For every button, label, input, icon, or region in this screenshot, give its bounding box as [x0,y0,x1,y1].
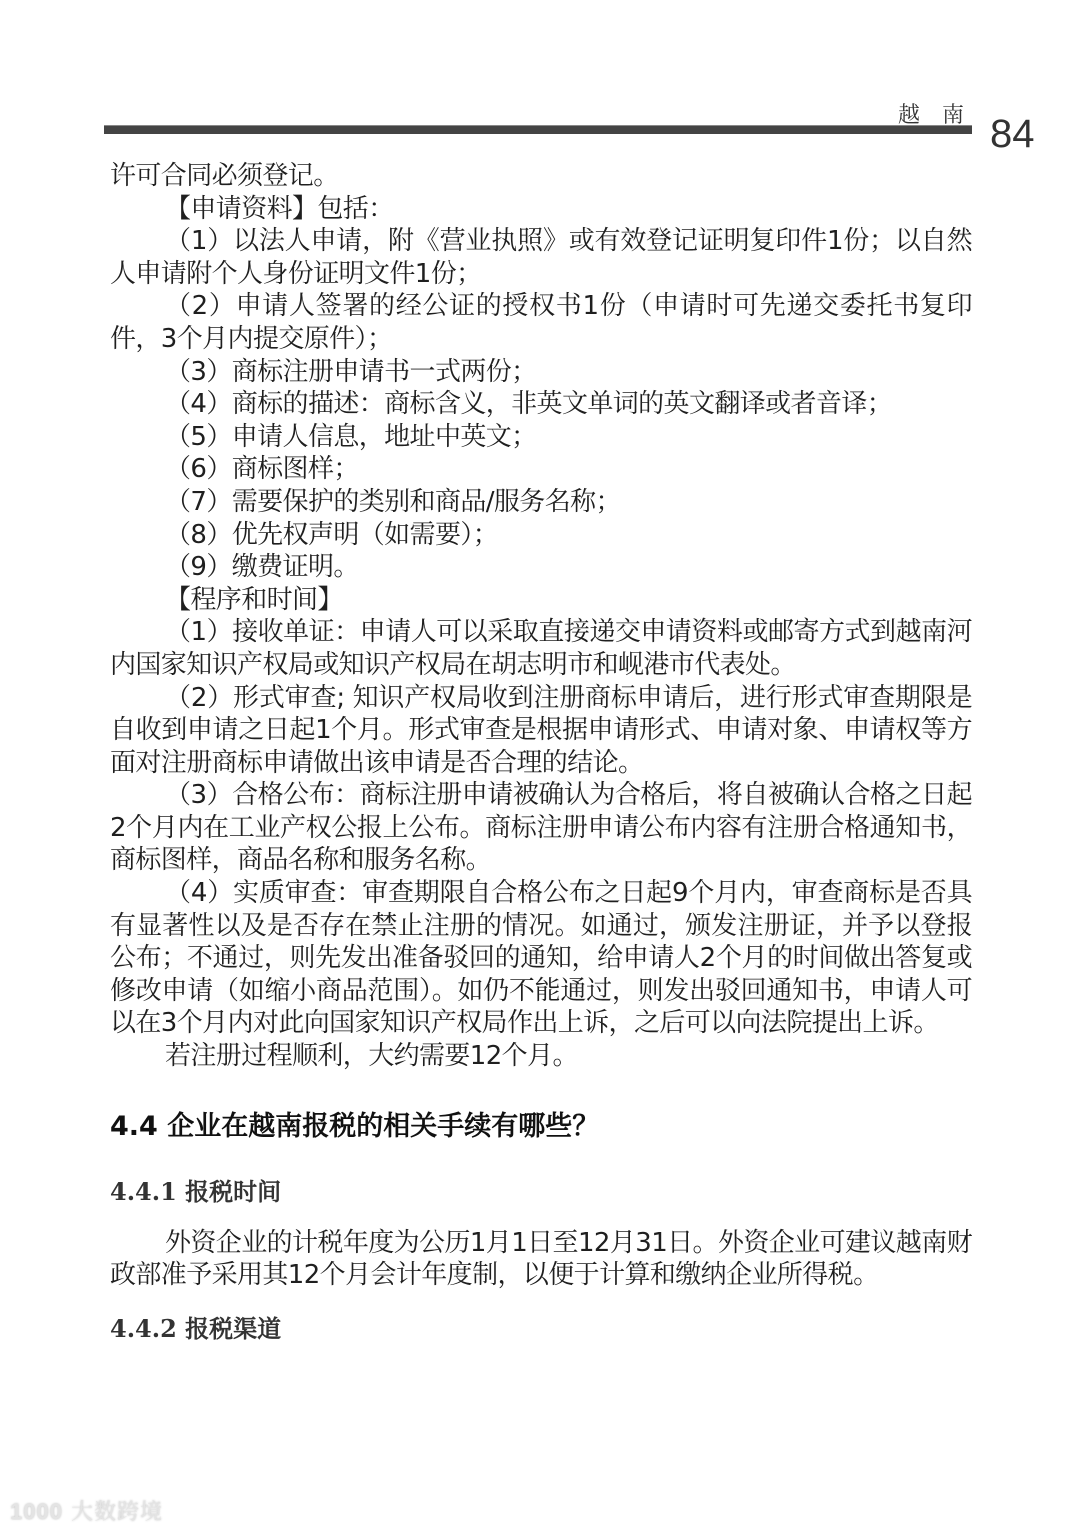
materials-heading: 【申请资料】包括： [110,193,972,226]
materials-item-6: （6）商标图样； [110,453,972,486]
subsection-title-tax-channel: 4.4.2 报税渠道 [110,1312,972,1346]
page-content: 许可合同必须登记。 【申请资料】包括： （1）以法人申请，附《营业执照》或有效登… [110,160,972,1346]
materials-item-7: （7）需要保护的类别和商品/服务名称； [110,486,972,519]
procedure-step-3: （3）合格公布：商标注册申请被确认为合格后，将自被确认合格之日起2个月内在工业产… [110,779,972,877]
watermark: 1000大数跨境 [10,1495,163,1526]
materials-item-5: （5）申请人信息，地址中英文； [110,421,972,454]
materials-item-4: （4）商标的描述：商标含义，非英文单词的英文翻译或者音译； [110,388,972,421]
materials-item-9: （9）缴费证明。 [110,551,972,584]
materials-item-2: （2）申请人签署的经公证的授权书1份（申请时可先递交委托书复印件，3个月内提交原… [110,290,972,355]
duration-note: 若注册过程顺利，大约需要12个月。 [110,1040,972,1073]
materials-item-8: （8）优先权声明（如需要）； [110,519,972,552]
header-rule [104,125,972,134]
opening-line: 许可合同必须登记。 [110,160,972,193]
watermark-text: 大数跨境 [71,1500,163,1525]
page-number: 84 [990,112,1035,157]
subsection-body-tax-time: 外资企业的计税年度为公历1月1日至12月31日。外资企业可建议越南财政部准予采用… [110,1227,972,1292]
section-title: 4.4 企业在越南报税的相关手续有哪些？ [110,1109,972,1145]
watermark-logo-icon: 1000 [10,1499,63,1524]
procedure-step-1: （1）接收单证：申请人可以采取直接递交申请资料或邮寄方式到越南河内国家知识产权局… [110,616,972,681]
procedure-heading: 【程序和时间】 [110,584,972,617]
materials-item-3: （3）商标注册申请书一式两份； [110,356,972,389]
subsection-title-tax-time: 4.4.1 报税时间 [110,1175,972,1209]
procedure-step-4: （4）实质审查：审查期限自合格公布之日起9个月内，审查商标是否具有显著性以及是否… [110,877,972,1040]
materials-item-1: （1）以法人申请，附《营业执照》或有效登记证明复印件1份；以自然人申请附个人身份… [110,225,972,290]
procedure-step-2: （2）形式审查; 知识产权局收到注册商标申请后，进行形式审查期限是自收到申请之日… [110,682,972,780]
